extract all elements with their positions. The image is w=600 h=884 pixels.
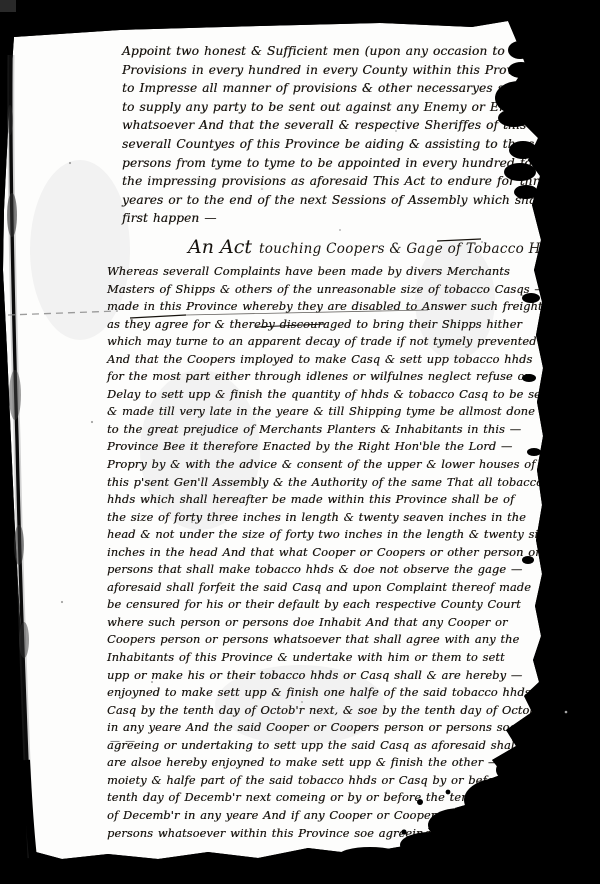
border-dust-speck	[565, 711, 568, 714]
ink-rule-marks	[130, 239, 481, 327]
torn-edge-frame	[0, 0, 600, 884]
corner-gray-patch	[0, 0, 16, 12]
scan-artifacts-overlay	[0, 0, 600, 884]
pencil-dashed-line	[8, 311, 118, 315]
scan-specks	[61, 130, 483, 763]
scanned-manuscript-page: Appoint two honest & Sufficient men (upo…	[0, 0, 600, 884]
